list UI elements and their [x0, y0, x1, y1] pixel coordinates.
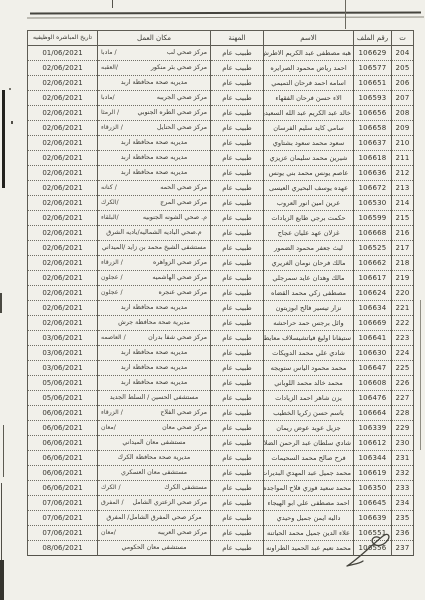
scan-edge-mark — [0, 560, 4, 600]
workplace-governorate: / عجلون — [101, 286, 123, 300]
workplace-cell: مركز صحي عنجره / عجلون — [98, 286, 211, 301]
workplace-name: مركز صحي الزعتري الشامل — [132, 496, 207, 510]
table-row: 209 106658 سامي كايد سليم الفرسان طبيب ع… — [28, 121, 414, 136]
profession-cell: طبيب عام — [211, 406, 264, 421]
start-date-cell: 02/06/2021 — [28, 106, 98, 121]
workplace-cell: مركز صحي الحنايل / الزرقاء — [98, 121, 211, 136]
workplace-name: م.صحي الباديه الشماليه/باديه الشرق — [106, 226, 201, 240]
workplace-cell-inner: مديريه صحة محافظة اربد — [101, 361, 207, 375]
workplace-cell-inner: مركز صحي الهاشميه / عجلون — [101, 271, 207, 285]
file-number-cell: 106658 — [354, 121, 392, 136]
workplace-governorate: /العقبه — [101, 61, 118, 75]
workplace-cell: مديريه صحة محافظة اربد — [98, 76, 211, 91]
profession-cell: طبيب عام — [211, 361, 264, 376]
workplace-name: مديريه صحة محافظة اربد — [121, 301, 188, 315]
row-number-cell: 220 — [392, 286, 414, 301]
row-number-cell: 207 — [392, 91, 414, 106]
workplace-cell: مركز صحي بئر منكور /العقبه — [98, 61, 211, 76]
workplace-cell-inner: م.صحي الباديه الشماليه/باديه الشرق — [101, 226, 207, 240]
start-date-cell: 06/06/2021 — [28, 481, 98, 496]
scanned-document-page: ت رقم الملف الاسم المهنة مكان العمل تاري… — [0, 0, 425, 600]
row-number-cell: 231 — [392, 451, 414, 466]
row-number-cell: 218 — [392, 256, 414, 271]
file-number-cell: 106636 — [354, 166, 392, 181]
workplace-governorate: /مادبا — [101, 91, 115, 105]
row-number-cell: 215 — [392, 211, 414, 226]
workplace-name: مركز صحي المرج — [160, 196, 207, 210]
workplace-cell-inner: مركز صحي الحمه / كنانه — [101, 181, 207, 195]
workplace-cell-inner: مركز صحي العريبه /معان — [101, 526, 207, 540]
workplace-name: مديريه صحة محافظة اربد — [121, 166, 188, 180]
profession-cell: طبيب عام — [211, 376, 264, 391]
workplace-governorate: / الزرقاء — [101, 121, 123, 135]
row-number-cell: 210 — [392, 136, 414, 151]
workplace-cell: مديريه صحة محافظة اربد — [98, 301, 211, 316]
workplace-name: مركز صحي لب — [167, 46, 207, 60]
profession-cell: طبيب عام — [211, 481, 264, 496]
table-row: 217 106525 ليث جعفر محمود الضمور طبيب عا… — [28, 241, 414, 256]
header-row-number: ت — [392, 31, 414, 46]
employee-name-cell: محمد محمود الياس ستويجه — [264, 361, 354, 376]
row-number-cell: 209 — [392, 121, 414, 136]
start-date-cell: 06/06/2021 — [28, 451, 98, 466]
workplace-cell: مديرية صحة محافظة جرش — [98, 316, 211, 331]
workplace-name: مركز صحي الهاشميه — [152, 271, 207, 285]
employee-name-cell: شيرين محمد سليمان عزيزي — [264, 151, 354, 166]
row-number-cell: 219 — [392, 271, 414, 286]
workplace-cell: مستشفى الشيخ محمد بن زايد /الميداني — [98, 241, 211, 256]
file-number-cell: 106617 — [354, 271, 392, 286]
row-number-cell: 227 — [392, 391, 414, 406]
employee-name-cell: الاء حسن فرحان الفقهاء — [264, 91, 354, 106]
employee-name-cell: جزيل عويد عوض ريمان — [264, 421, 354, 436]
workplace-name: مركز صحي الحنايل — [157, 121, 207, 135]
scan-tick-mark — [112, 0, 113, 8]
workplace-cell-inner: مركز صحي بئر منكور /العقبه — [101, 61, 207, 75]
row-number-cell: 224 — [392, 346, 414, 361]
workplace-cell-inner: مديريه صحة محافظة اربد — [101, 136, 207, 150]
scan-speck — [9, 88, 11, 90]
workplace-name: مركز صحي شفا بدران — [148, 331, 207, 345]
table-row: 218 106662 مالك فرحان نومان الغريري طبيب… — [28, 256, 414, 271]
file-number-cell: 106599 — [354, 211, 392, 226]
row-number-cell: 216 — [392, 226, 414, 241]
start-date-cell: 02/06/2021 — [28, 181, 98, 196]
start-date-cell: 02/06/2021 — [28, 271, 98, 286]
workplace-name: مركز صحي الفلاح — [160, 406, 207, 420]
scan-crease-line — [345, 0, 346, 29]
profession-cell: طبيب عام — [211, 241, 264, 256]
start-date-cell: 05/06/2021 — [28, 391, 98, 406]
employee-name-cell: عرين امين انور العروب — [264, 196, 354, 211]
workplace-cell: مركز صحي شفا بدران / العاصمه — [98, 331, 211, 346]
employee-name-cell: خالد عبد الكريم عبد الله السعيديات — [264, 106, 354, 121]
employee-name-cell: اسامه احمد فرحان التميمي — [264, 76, 354, 91]
table-row: 231 106344 فرح صالح محمد السحيمات طبيب ع… — [28, 451, 414, 466]
workplace-cell-inner: مديرية صحة محافظة الكرك — [101, 451, 207, 465]
table-row: 220 106624 مصطفى زكي محمد القضاه طبيب عا… — [28, 286, 414, 301]
employee-name-cell: محمد خالد محمد اللوباني — [264, 376, 354, 391]
workplace-cell-inner: مركز صحي معان /معان — [101, 421, 207, 435]
workplace-cell-inner: مركز صحي الحنايل / الزرقاء — [101, 121, 207, 135]
workplace-cell: مديريه صحة محافظة اربد — [98, 346, 211, 361]
workplace-name: مستشفى معان الحكومي — [122, 541, 187, 555]
profession-cell: طبيب عام — [211, 61, 264, 76]
profession-cell: طبيب عام — [211, 541, 264, 556]
start-date-cell: 07/06/2021 — [28, 526, 98, 541]
row-number-cell: 204 — [392, 46, 414, 61]
workplace-cell: مديرية صحة محافظة الكرك — [98, 451, 211, 466]
employee-name-cell: مصطفى زكي محمد القضاه — [264, 286, 354, 301]
table-row: 214 106530 عرين امين انور العروب طبيب عا… — [28, 196, 414, 211]
row-number-cell: 206 — [392, 76, 414, 91]
table-row: 208 106656 خالد عبد الكريم عبد الله السع… — [28, 106, 414, 121]
workplace-cell: مركز صحي الجريبه /مادبا — [98, 91, 211, 106]
employee-name-cell: يزن شاهر احمد الزيادات — [264, 391, 354, 406]
profession-cell: طبيب عام — [211, 526, 264, 541]
scan-top-rule-2 — [27, 16, 424, 18]
workplace-cell: مركز صحي المفرق الشامل/ المفرق — [98, 511, 211, 526]
table-row: 221 106634 نزار تيسير فالح ابوزيتون طبيب… — [28, 301, 414, 316]
header-profession: المهنة — [211, 31, 264, 46]
row-number-cell: 228 — [392, 406, 414, 421]
workplace-cell-inner: مركز صحي الجريبه /مادبا — [101, 91, 207, 105]
profession-cell: طبيب عام — [211, 496, 264, 511]
start-date-cell: 02/06/2021 — [28, 136, 98, 151]
workplace-cell: مستشفى الحسين / السلط الجديد — [98, 391, 211, 406]
employee-name-cell: احمد رياض محمود الصرايره — [264, 61, 354, 76]
start-date-cell: 02/06/2021 — [28, 301, 98, 316]
table-row: 204 106629 هبه مصطفى عبد الكريم الاطرش ط… — [28, 46, 414, 61]
employee-name-cell: احمد مصطفى علي ابو الهيجاء — [264, 496, 354, 511]
workplace-name: مديريه صحة محافظة اربد — [121, 376, 188, 390]
workplace-name: مستشفى الكرك — [164, 481, 207, 495]
workplace-governorate: / العاصمه — [101, 331, 126, 345]
workplace-governorate: /معان — [101, 421, 116, 435]
header-name: الاسم — [264, 31, 354, 46]
workplace-cell: مستشفى معان الحكومي — [98, 541, 211, 556]
table-header: ت رقم الملف الاسم المهنة مكان العمل تاري… — [28, 31, 414, 46]
workplace-cell-inner: مديريه صحة محافظة اربد — [101, 301, 207, 315]
employee-name-cell: وائل برجس حمد حراحشه — [264, 316, 354, 331]
table-row: 232 106619 محمد جميل عبد المهدي البديرات… — [28, 466, 414, 481]
file-number-cell: 106593 — [354, 91, 392, 106]
workplace-cell-inner: مركز صحي عنجره / عجلون — [101, 286, 207, 300]
file-number-cell: 106577 — [354, 61, 392, 76]
row-number-cell: 235 — [392, 511, 414, 526]
workplace-cell-inner: مستشفى معان الميداني — [101, 436, 207, 450]
workplace-cell-inner: مركز صحي الطره الجنوبي / الرمثا — [101, 106, 207, 120]
file-number-cell: 106645 — [354, 496, 392, 511]
start-date-cell: 03/06/2021 — [28, 346, 98, 361]
workplace-cell-inner: مركز صحي الزعتري الشامل / المفرق — [101, 496, 207, 510]
workplace-name: مركز صحي الحمه — [160, 181, 207, 195]
file-number-cell: 106647 — [354, 361, 392, 376]
workplace-cell: مركز صحي المرج /الكرك — [98, 196, 211, 211]
profession-cell: طبيب عام — [211, 181, 264, 196]
file-number-cell: 106639 — [354, 511, 392, 526]
workplace-cell: مركز صحي العريبه /معان — [98, 526, 211, 541]
scan-edge-mark — [420, 300, 421, 450]
row-number-cell: 211 — [392, 151, 414, 166]
profession-cell: طبيب عام — [211, 286, 264, 301]
workplace-cell: مديريه صحة محافظة اربد — [98, 376, 211, 391]
workplace-cell-inner: مديريه صحة محافظة اربد — [101, 76, 207, 90]
start-date-cell: 02/06/2021 — [28, 196, 98, 211]
start-date-cell: 06/06/2021 — [28, 406, 98, 421]
file-number-cell: 106530 — [354, 196, 392, 211]
row-number-cell: 208 — [392, 106, 414, 121]
employee-name-cell: مالك وهدان عايد سمرجلي — [264, 271, 354, 286]
profession-cell: طبيب عام — [211, 106, 264, 121]
scan-speck — [11, 121, 13, 124]
profession-cell: طبيب عام — [211, 151, 264, 166]
start-date-cell: 02/06/2021 — [28, 166, 98, 181]
workplace-cell: مركز صحي معان /معان — [98, 421, 211, 436]
workplace-name: مركز صحي الزواهره — [153, 256, 207, 270]
row-number-cell: 234 — [392, 496, 414, 511]
employee-name-cell: هبه مصطفى عبد الكريم الاطرش — [264, 46, 354, 61]
file-number-cell: 106634 — [354, 301, 392, 316]
row-number-cell: 225 — [392, 361, 414, 376]
profession-cell: طبيب عام — [211, 196, 264, 211]
table-row: 207 106593 الاء حسن فرحان الفقهاء طبيب ع… — [28, 91, 414, 106]
employee-name-cell: محمد جميل عبد المهدي البديرات — [264, 466, 354, 481]
row-number-cell: 205 — [392, 61, 414, 76]
workplace-name: مديرية صحة محافظة جرش — [118, 316, 190, 330]
table-row: 216 106668 غزلان عهد عليان عجاج طبيب عام… — [28, 226, 414, 241]
table-row: 215 106599 حكمت برجي طايع الزيادات طبيب … — [28, 211, 414, 226]
workplace-cell-inner: مديريه صحة محافظة اربد — [101, 166, 207, 180]
table-row: 222 106669 وائل برجس حمد حراحشه طبيب عام… — [28, 316, 414, 331]
start-date-cell: 07/06/2021 — [28, 496, 98, 511]
profession-cell: طبيب عام — [211, 421, 264, 436]
employee-name-cell: عاصم يونس محمد بني يونس — [264, 166, 354, 181]
workplace-governorate: / كنانه — [101, 181, 117, 195]
table-row: 233 106350 محمد سعيد فوزي فلاح المواجده … — [28, 481, 414, 496]
employee-name-cell: نزار تيسير فالح ابوزيتون — [264, 301, 354, 316]
workplace-name: مركز صحي العريبه — [158, 526, 207, 540]
workplace-governorate: /معان — [101, 526, 116, 540]
workplace-name: مستشفى الحسين / السلط الجديد — [110, 391, 199, 405]
row-number-cell: 226 — [392, 376, 414, 391]
start-date-cell: 02/06/2021 — [28, 286, 98, 301]
employee-name-cell: ستيفانا اوليغ فياتشيسلاف معايطه — [264, 331, 354, 346]
start-date-cell: 06/06/2021 — [28, 421, 98, 436]
file-number-cell: 106608 — [354, 376, 392, 391]
table-row: 229 106339 جزيل عويد عوض ريمان طبيب عام … — [28, 421, 414, 436]
row-number-cell: 212 — [392, 166, 414, 181]
employee-name-cell: علاء الدين جميل محمد الحياتنه — [264, 526, 354, 541]
workplace-name: مديريه صحة محافظة اربد — [121, 346, 188, 360]
workplace-cell: مركز صحي الطره الجنوبي / الرمثا — [98, 106, 211, 121]
employee-roster-table: ت رقم الملف الاسم المهنة مكان العمل تاري… — [27, 30, 414, 556]
row-number-cell: 217 — [392, 241, 414, 256]
employee-name-cell: محمد سعيد فوزي فلاح المواجده — [264, 481, 354, 496]
file-number-cell: 106669 — [354, 316, 392, 331]
start-date-cell: 06/06/2021 — [28, 466, 98, 481]
table-row: 219 106617 مالك وهدان عايد سمرجلي طبيب ع… — [28, 271, 414, 286]
workplace-cell-inner: مستشفى معان الحكومي — [101, 541, 207, 555]
workplace-cell: مركز صحي الفلاح / الزرقاء — [98, 406, 211, 421]
workplace-cell-inner: مديريه صحة محافظة اربد — [101, 376, 207, 390]
file-number-cell: 106619 — [354, 466, 392, 481]
workplace-governorate: / الزرقاء — [101, 406, 123, 420]
workplace-governorate: / الكرك — [101, 481, 121, 495]
workplace-cell-inner: مديريه صحة محافظة اربد — [101, 151, 207, 165]
workplace-cell-inner: مركز صحي لب / مادبا — [101, 46, 207, 60]
start-date-cell: 02/06/2021 — [28, 316, 98, 331]
workplace-cell: مديريه صحة محافظة اربد — [98, 166, 211, 181]
start-date-cell: 03/06/2021 — [28, 331, 98, 346]
workplace-governorate: / عجلون — [101, 271, 123, 285]
table-row: 225 106647 محمد محمود الياس ستويجه طبيب … — [28, 361, 414, 376]
workplace-cell-inner: م. صحي الشونه الجنوبيه /البلقاء — [101, 211, 207, 225]
workplace-cell-inner: مستشفى الكرك / الكرك — [101, 481, 207, 495]
profession-cell: طبيب عام — [211, 391, 264, 406]
start-date-cell: 07/06/2021 — [28, 511, 98, 526]
workplace-cell: مديريه صحة محافظة اربد — [98, 361, 211, 376]
start-date-cell: 02/06/2021 — [28, 226, 98, 241]
scan-top-rule — [30, 11, 421, 14]
employee-name-cell: باسم حسن زكريا الخطيب — [264, 406, 354, 421]
profession-cell: طبيب عام — [211, 451, 264, 466]
workplace-name: مركز صحي معان — [162, 421, 207, 435]
start-date-cell: 01/06/2021 — [28, 46, 98, 61]
file-number-cell: 106618 — [354, 151, 392, 166]
table-row: 234 106645 احمد مصطفى علي ابو الهيجاء طب… — [28, 496, 414, 511]
workplace-cell: م.صحي الباديه الشماليه/باديه الشرق — [98, 226, 211, 241]
workplace-cell-inner: مركز صحي المرج /الكرك — [101, 196, 207, 210]
profession-cell: طبيب عام — [211, 121, 264, 136]
workplace-cell-inner: مديرية صحة محافظة جرش — [101, 316, 207, 330]
employee-name-cell: مالك فرحان نومان الغريري — [264, 256, 354, 271]
workplace-name: مركز صحي المفرق الشامل/ المفرق — [106, 511, 201, 525]
workplace-name: مستشفى معان العسكري — [121, 466, 187, 480]
workplace-cell-inner: مستشفى الحسين / السلط الجديد — [101, 391, 207, 405]
table-body: 204 106629 هبه مصطفى عبد الكريم الاطرش ط… — [28, 46, 414, 556]
workplace-name: مستشفى معان الميداني — [122, 436, 185, 450]
table-row: 223 106641 ستيفانا اوليغ فياتشيسلاف معاي… — [28, 331, 414, 346]
workplace-cell: مستشفى الكرك / الكرك — [98, 481, 211, 496]
table-row: 224 106630 شادي علي محمد الدويكات طبيب ع… — [28, 346, 414, 361]
table-row: 213 106672 عهده يوسف البحيري العيسى طبيب… — [28, 181, 414, 196]
profession-cell: طبيب عام — [211, 436, 264, 451]
row-number-cell: 233 — [392, 481, 414, 496]
file-number-cell: 106664 — [354, 406, 392, 421]
row-number-cell: 223 — [392, 331, 414, 346]
employee-name-cell: فرح صالح محمد السحيمات — [264, 451, 354, 466]
file-number-cell: 106641 — [354, 331, 392, 346]
profession-cell: طبيب عام — [211, 331, 264, 346]
scan-edge-mark — [2, 90, 5, 188]
profession-cell: طبيب عام — [211, 256, 264, 271]
workplace-governorate: /البلقاء — [101, 211, 119, 225]
file-number-cell: 106344 — [354, 451, 392, 466]
file-number-cell: 106476 — [354, 391, 392, 406]
start-date-cell: 02/06/2021 — [28, 91, 98, 106]
profession-cell: طبيب عام — [211, 46, 264, 61]
header-start-date: تاريخ المباشره الوظيفيه — [28, 31, 98, 46]
start-date-cell: 02/06/2021 — [28, 211, 98, 226]
start-date-cell: 03/06/2021 — [28, 361, 98, 376]
workplace-cell: مستشفى معان الميداني — [98, 436, 211, 451]
file-number-cell: 106630 — [354, 346, 392, 361]
workplace-name: مركز صحي الجريبه — [157, 91, 207, 105]
scan-edge-mark — [1, 483, 2, 571]
profession-cell: طبيب عام — [211, 226, 264, 241]
workplace-name: مركز صحي عنجره — [159, 286, 207, 300]
scan-edge-mark — [0, 293, 2, 313]
profession-cell: طبيب عام — [211, 211, 264, 226]
workplace-cell: مركز صحي الزواهره / الزرقاء — [98, 256, 211, 271]
workplace-cell-inner: مركز صحي شفا بدران / العاصمه — [101, 331, 207, 345]
start-date-cell: 02/06/2021 — [28, 151, 98, 166]
file-number-cell: 106525 — [354, 241, 392, 256]
workplace-cell: مديريه صحة محافظة اربد — [98, 136, 211, 151]
profession-cell: طبيب عام — [211, 466, 264, 481]
workplace-name: مديريه صحة محافظة اربد — [121, 151, 188, 165]
workplace-name: م. صحي الشونه الجنوبيه — [143, 211, 207, 225]
start-date-cell: 02/06/2021 — [28, 121, 98, 136]
file-number-cell: 106629 — [354, 46, 392, 61]
row-number-cell: 232 — [392, 466, 414, 481]
workplace-cell: مركز صحي الزعتري الشامل / المفرق — [98, 496, 211, 511]
row-number-cell: 214 — [392, 196, 414, 211]
workplace-governorate: / المفرق — [101, 496, 124, 510]
profession-cell: طبيب عام — [211, 346, 264, 361]
file-number-cell: 106668 — [354, 226, 392, 241]
employee-name-cell: عهده يوسف البحيري العيسى — [264, 181, 354, 196]
workplace-cell: مستشفى معان العسكري — [98, 466, 211, 481]
workplace-cell: مركز صحي الحمه / كنانه — [98, 181, 211, 196]
workplace-cell: م. صحي الشونه الجنوبيه /البلقاء — [98, 211, 211, 226]
workplace-name: مركز صحي بئر منكور — [151, 61, 207, 75]
workplace-cell: مركز صحي لب / مادبا — [98, 46, 211, 61]
table-row: 227 106476 يزن شاهر احمد الزيادات طبيب ع… — [28, 391, 414, 406]
workplace-cell-inner: مركز صحي الفلاح / الزرقاء — [101, 406, 207, 420]
file-number-cell: 106339 — [354, 421, 392, 436]
row-number-cell: 221 — [392, 301, 414, 316]
workplace-name: مستشفى الشيخ محمد بن زايد /الميداني — [102, 241, 206, 255]
header-file-number: رقم الملف — [354, 31, 392, 46]
workplace-cell-inner: مستشفى معان العسكري — [101, 466, 207, 480]
workplace-governorate: /الكرك — [101, 196, 119, 210]
file-number-cell: 106350 — [354, 481, 392, 496]
profession-cell: طبيب عام — [211, 166, 264, 181]
row-number-cell: 213 — [392, 181, 414, 196]
start-date-cell: 02/06/2021 — [28, 241, 98, 256]
profession-cell: طبيب عام — [211, 271, 264, 286]
row-number-cell: 222 — [392, 316, 414, 331]
table-row: 226 106608 محمد خالد محمد اللوباني طبيب … — [28, 376, 414, 391]
table-row: 212 106636 عاصم يونس محمد بني يونس طبيب … — [28, 166, 414, 181]
file-number-cell: 106612 — [354, 436, 392, 451]
workplace-governorate: / مادبا — [101, 46, 117, 60]
file-number-cell: 106662 — [354, 256, 392, 271]
header-workplace: مكان العمل — [98, 31, 211, 46]
table-row: 206 106651 اسامه احمد فرحان التميمي طبيب… — [28, 76, 414, 91]
employee-name-cell: محمد نعيم عبد الحميد الطراونه — [264, 541, 354, 556]
employee-name-cell: شادي سلطان عبد الرحمن الضلاعين — [264, 436, 354, 451]
workplace-name: مديرية صحة محافظة الكرك — [118, 451, 191, 465]
workplace-name: مديريه صحة محافظة اربد — [121, 136, 188, 150]
workplace-cell-inner: مركز صحي الزواهره / الزرقاء — [101, 256, 207, 270]
row-number-cell: 230 — [392, 436, 414, 451]
workplace-cell: مديريه صحة محافظة اربد — [98, 151, 211, 166]
start-date-cell: 05/06/2021 — [28, 376, 98, 391]
start-date-cell: 08/06/2021 — [28, 541, 98, 556]
